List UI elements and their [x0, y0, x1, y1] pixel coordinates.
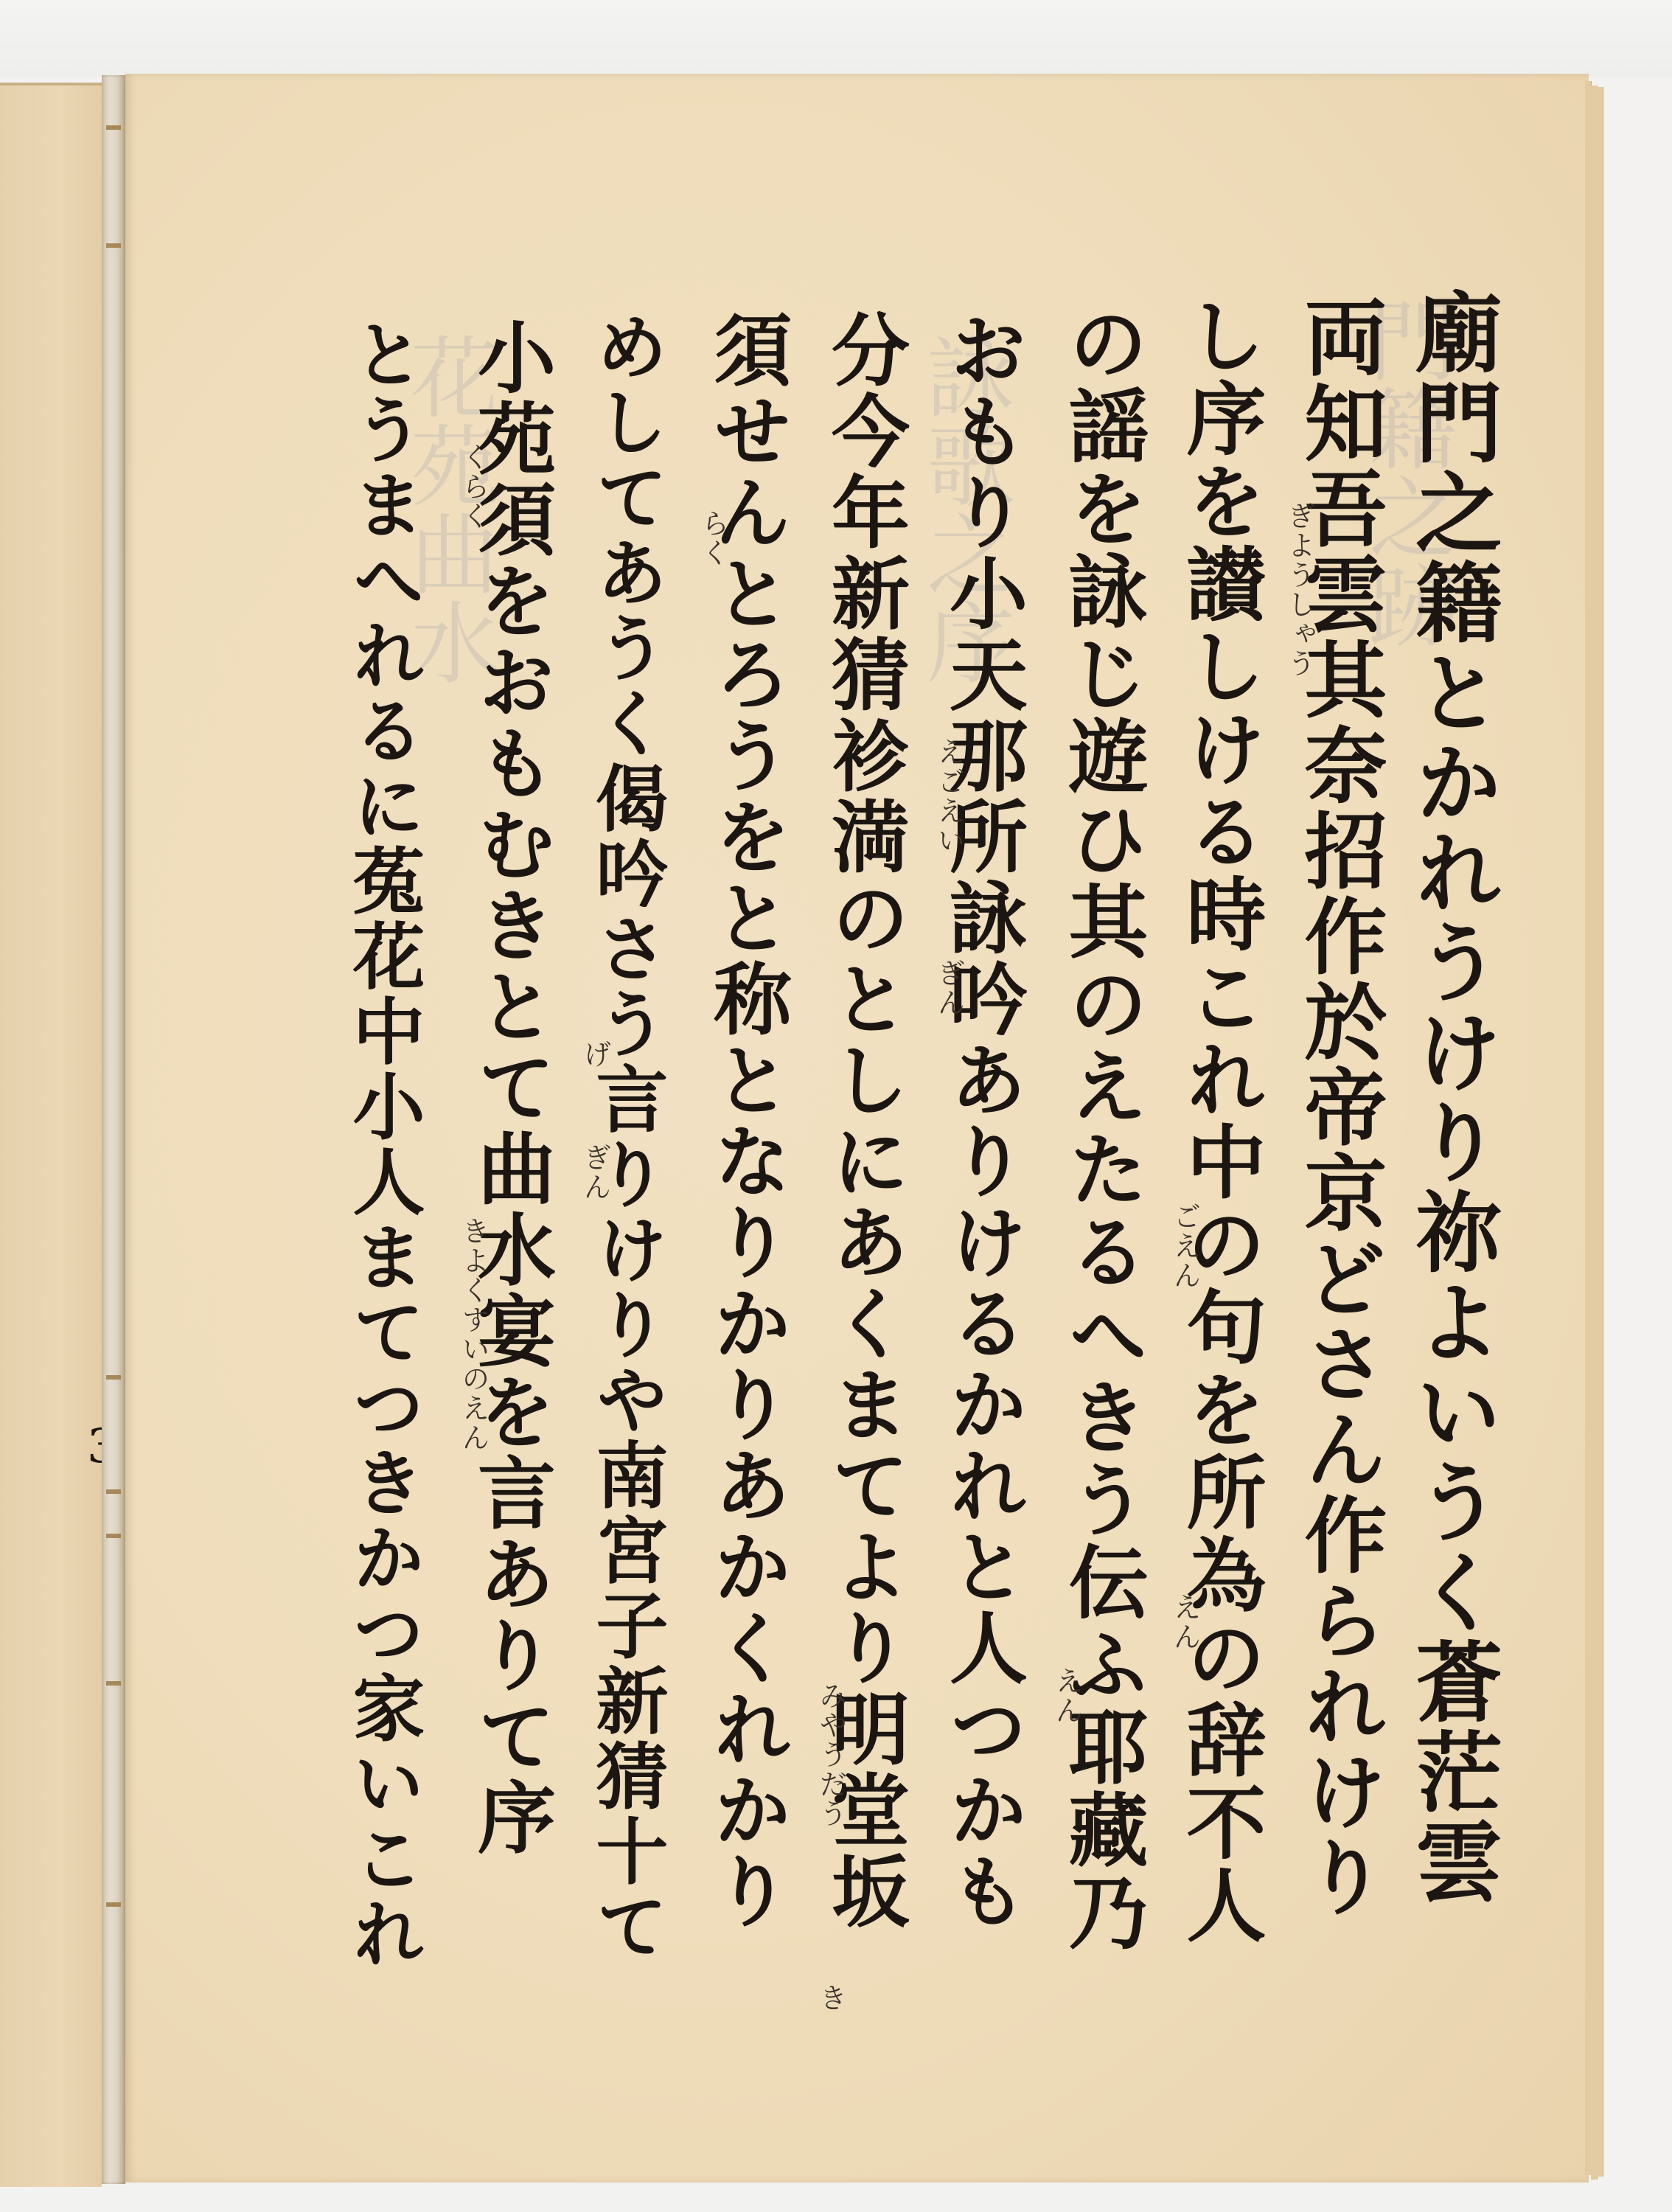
- furigana: えん: [1047, 1666, 1087, 1725]
- furigana: ぎん: [929, 959, 969, 1018]
- furigana: ごえん: [1165, 1202, 1205, 1290]
- furigana: ぎよう: [1279, 501, 1320, 590]
- book-binding-spine: [102, 75, 125, 2184]
- furigana: ぎん: [575, 1143, 616, 1202]
- binding-stitch: [106, 1534, 121, 1538]
- text-column-9: 小苑須をおもむきとて曲水宴を言ありて序: [472, 317, 550, 1858]
- binding-stitch: [106, 1902, 121, 1907]
- text-column-8: めしてあうく偈吟さう言りけりや南宮子新猜十て: [590, 310, 662, 1964]
- left-page: [0, 83, 102, 2187]
- binding-stitch: [106, 125, 121, 130]
- furigana: しゃう: [1279, 590, 1320, 678]
- binding-stitch: [106, 1681, 121, 1686]
- furigana: げ: [575, 1040, 616, 1069]
- binding-stitch: [106, 243, 121, 248]
- page-stack-edge: [1597, 87, 1603, 2177]
- furigana: えごえい: [929, 737, 969, 855]
- text-column-5: おもり小天那所詠吟ありけるかれと人つかも: [944, 310, 1022, 1932]
- furigana: みやうだう: [811, 1681, 851, 1829]
- furigana: き: [811, 1983, 851, 2013]
- text-column-1: 廟門之籍とかれうけり祢よいうく蒼茫雲: [1408, 288, 1495, 1907]
- text-column-10: とうまへれるに菟花中小人まてつきかつ家いこれ: [346, 317, 419, 1972]
- binding-stitch: [106, 1489, 121, 1494]
- furigana: きよくすいのえん: [453, 1217, 494, 1453]
- right-page: 門籍之跡 詠歌之序 花苑曲水 廟門之籍とかれうけり祢よいうく蒼茫雲 両知吾雲其奈…: [125, 74, 1589, 2183]
- binding-stitch: [106, 1375, 121, 1380]
- backdrop-top: [0, 0, 1672, 77]
- furigana: くらく: [453, 442, 494, 531]
- text-column-3: し序を讃しける時これ中の句を所為の辞不人: [1180, 295, 1259, 1947]
- backdrop-bottom: [0, 2183, 1672, 2212]
- furigana: えん: [1165, 1593, 1205, 1652]
- furigana: らく: [693, 509, 734, 568]
